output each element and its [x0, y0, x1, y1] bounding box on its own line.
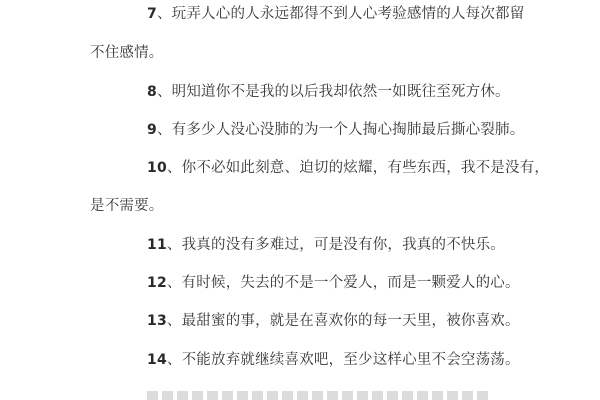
list-item-13: 13、最甜蜜的事，就是在喜欢你的每一天里，被你喜欢。	[147, 311, 567, 331]
list-item-12: 12、有时候，失去的不是一个爱人，而是一颗爱人的心。	[147, 273, 567, 293]
item-number: 11	[147, 237, 167, 253]
item-number: 8	[147, 84, 157, 100]
item-separator: 、	[157, 6, 172, 22]
item-number: 13	[147, 313, 167, 329]
document-page: 7、玩弄人心的人永远都得不到人心考验感情的人每次都留 不住感情。 8、明知道你不…	[0, 0, 600, 400]
item-text: 有多少人没心没肺的为一个人掏心掏肺最后撕心裂肺。	[172, 122, 525, 138]
item-text: 你不必如此刻意、迫切的炫耀，有些东西，我不是没有，	[182, 160, 550, 176]
item-text: 不能放弃就继续喜欢吧，至少这样心里不会空荡荡。	[182, 352, 520, 368]
list-item-8: 8、明知道你不是我的以后我却依然一如既往至死方休。	[147, 82, 567, 102]
item-separator: 、	[157, 84, 172, 100]
item-separator: 、	[167, 275, 182, 291]
list-item-7-continuation: 不住感情。	[90, 43, 510, 63]
list-item-9: 9、有多少人没心没肺的为一个人掏心掏肺最后撕心裂肺。	[147, 120, 567, 140]
item-text: 有时候，失去的不是一个爱人，而是一颗爱人的心。	[182, 275, 520, 291]
item-separator: 、	[157, 122, 172, 138]
item-separator: 、	[167, 237, 182, 253]
item-number: 7	[147, 6, 157, 22]
item-separator: 、	[167, 352, 182, 368]
list-item-11: 11、我真的没有多难过，可是没有你，我真的不快乐。	[147, 235, 567, 255]
item-number: 14	[147, 352, 167, 368]
item-text: 不住感情。	[90, 45, 164, 61]
item-number: 9	[147, 122, 157, 138]
list-item-14: 14、不能放弃就继续喜欢吧，至少这样心里不会空荡荡。	[147, 350, 567, 370]
cropped-text-fragment	[147, 391, 492, 400]
item-text: 是不需要。	[90, 198, 164, 214]
list-item-15-cropped	[147, 391, 567, 400]
item-text: 我真的没有多难过，可是没有你，我真的不快乐。	[182, 237, 505, 253]
item-text: 明知道你不是我的以后我却依然一如既往至死方休。	[172, 84, 510, 100]
list-item-10-continuation: 是不需要。	[90, 196, 510, 216]
item-separator: 、	[167, 160, 182, 176]
list-item-10: 10、你不必如此刻意、迫切的炫耀，有些东西，我不是没有，	[147, 158, 567, 178]
list-item-7: 7、玩弄人心的人永远都得不到人心考验感情的人每次都留	[147, 4, 567, 24]
item-text: 玩弄人心的人永远都得不到人心考验感情的人每次都留	[172, 6, 525, 22]
item-separator: 、	[167, 313, 182, 329]
item-number: 12	[147, 275, 167, 291]
item-number: 10	[147, 160, 167, 176]
item-text: 最甜蜜的事，就是在喜欢你的每一天里，被你喜欢。	[182, 313, 520, 329]
